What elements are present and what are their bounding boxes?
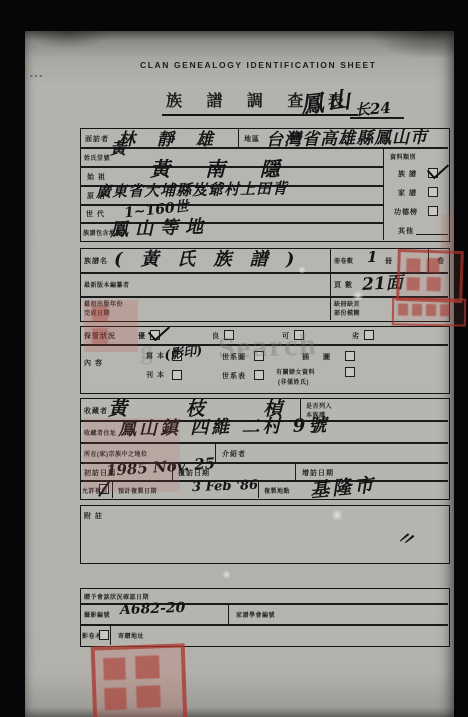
region-label: 地區: [244, 134, 260, 144]
jiapu-checkbox: [428, 187, 438, 197]
remarks-table: [80, 505, 450, 564]
interviewer-value: 林 靜 雄: [118, 125, 221, 150]
film-no-label: 攝影編號: [84, 610, 110, 619]
volumes-label: 冊卷數: [334, 256, 354, 265]
donation-address-label: 寄贈地址: [118, 631, 144, 640]
copy-date-value: 3 Feb '86: [192, 478, 259, 495]
contents-label: 內 容: [84, 358, 103, 368]
poor-checkbox: [364, 330, 374, 340]
material-other-label: 其他: [398, 226, 414, 236]
surname-hall-label: 姓氏堂號: [84, 153, 110, 162]
lineage-table-checkbox: [254, 370, 264, 380]
condition-opt-poor: 劣: [352, 331, 360, 341]
material-option-jiapu: 家 譜: [398, 188, 417, 198]
printed-checkbox: [172, 370, 182, 380]
scan-artifact: [352, 290, 364, 302]
region-value: 台灣省高雄縣鳳山市: [266, 123, 428, 151]
book-title-label: 族譜名: [84, 256, 108, 266]
scanned-genealogy-form: CLAN GENEALOGY IDENTIFICATION SHEET --- …: [0, 0, 468, 717]
revisit-label: 覆訪日期: [178, 468, 210, 478]
red-stamp-wash-left: [84, 300, 138, 352]
women-data-note: (非僅姓氏): [278, 377, 309, 386]
grid-line: [295, 462, 296, 480]
blur-label: 部份模糊: [334, 308, 360, 317]
watermark-text: Search: [217, 328, 318, 365]
pages-label: 頁 數: [334, 280, 353, 290]
film-no-value: A682-20: [120, 600, 186, 618]
introducer-label: 介紹者: [222, 449, 246, 459]
copy-place-label: 複製地點: [264, 486, 290, 495]
red-seal-edge-fragment: [441, 214, 454, 250]
copy-place-value: 基隆市: [309, 470, 377, 503]
watermark-fragment: g: [140, 336, 155, 366]
grid-line: [383, 147, 384, 240]
interviewer-label: 面訪者: [85, 134, 109, 144]
generations-label: 世 代: [86, 209, 105, 219]
table-label: 世系表: [222, 371, 246, 381]
grid-line: [330, 248, 331, 320]
origin-value: 廣東省大埔縣岌爺村上田背: [96, 177, 288, 201]
handwritten-place-note: 鳳山: [298, 81, 356, 120]
scan-artifact: [222, 570, 231, 579]
book-title-value: ( 黃 氏 族 譜 ): [114, 245, 300, 271]
note-underline: [350, 117, 404, 119]
grid-line: [238, 128, 239, 147]
confirm-date-label: 贈予會談狀況確認日期: [84, 592, 149, 601]
surname-value: 黃: [110, 136, 126, 159]
grid-line: [80, 624, 448, 626]
material-option-gongdebang: 功德榜: [394, 207, 418, 217]
volumes-value: 1: [367, 248, 377, 266]
society-no-label: 家譜學會編號: [236, 610, 275, 619]
red-seal-stamp-lower: [392, 297, 466, 326]
grid-line: [228, 603, 229, 624]
form-title-english: CLAN GENEALOGY IDENTIFICATION SHEET: [140, 60, 377, 70]
grid-line: [215, 442, 216, 462]
film-copy-checkbox: [99, 630, 109, 640]
scan-artifact: [332, 508, 342, 522]
gongdebang-checkbox: [428, 206, 438, 216]
red-seal-stamp: [396, 249, 464, 303]
margin-dashes: ---: [30, 71, 44, 80]
women-data-checkbox: [345, 367, 355, 377]
material-type-header: 資料類別: [390, 152, 416, 161]
volume-unit: 冊: [385, 256, 393, 266]
scan-artifact: [298, 266, 306, 274]
illustration-checkbox: [345, 351, 355, 361]
grid-line: [110, 624, 111, 645]
red-stamp-wash-mid: [83, 418, 180, 492]
printed-label: 刊 本: [146, 370, 165, 380]
editor-label: 最新版本編纂者: [84, 280, 130, 289]
women-data-label: 有關婦女資料: [276, 367, 315, 376]
remarks-label: 附 註: [84, 511, 103, 521]
red-seal-stamp-bottom: [91, 643, 188, 717]
coverage-value: 鳳山等地: [110, 212, 211, 241]
material-option-zupu: 族 譜: [398, 169, 417, 179]
listed-label-line1: 是否列入: [306, 401, 332, 410]
holder-name-label: 收藏者: [84, 406, 108, 416]
